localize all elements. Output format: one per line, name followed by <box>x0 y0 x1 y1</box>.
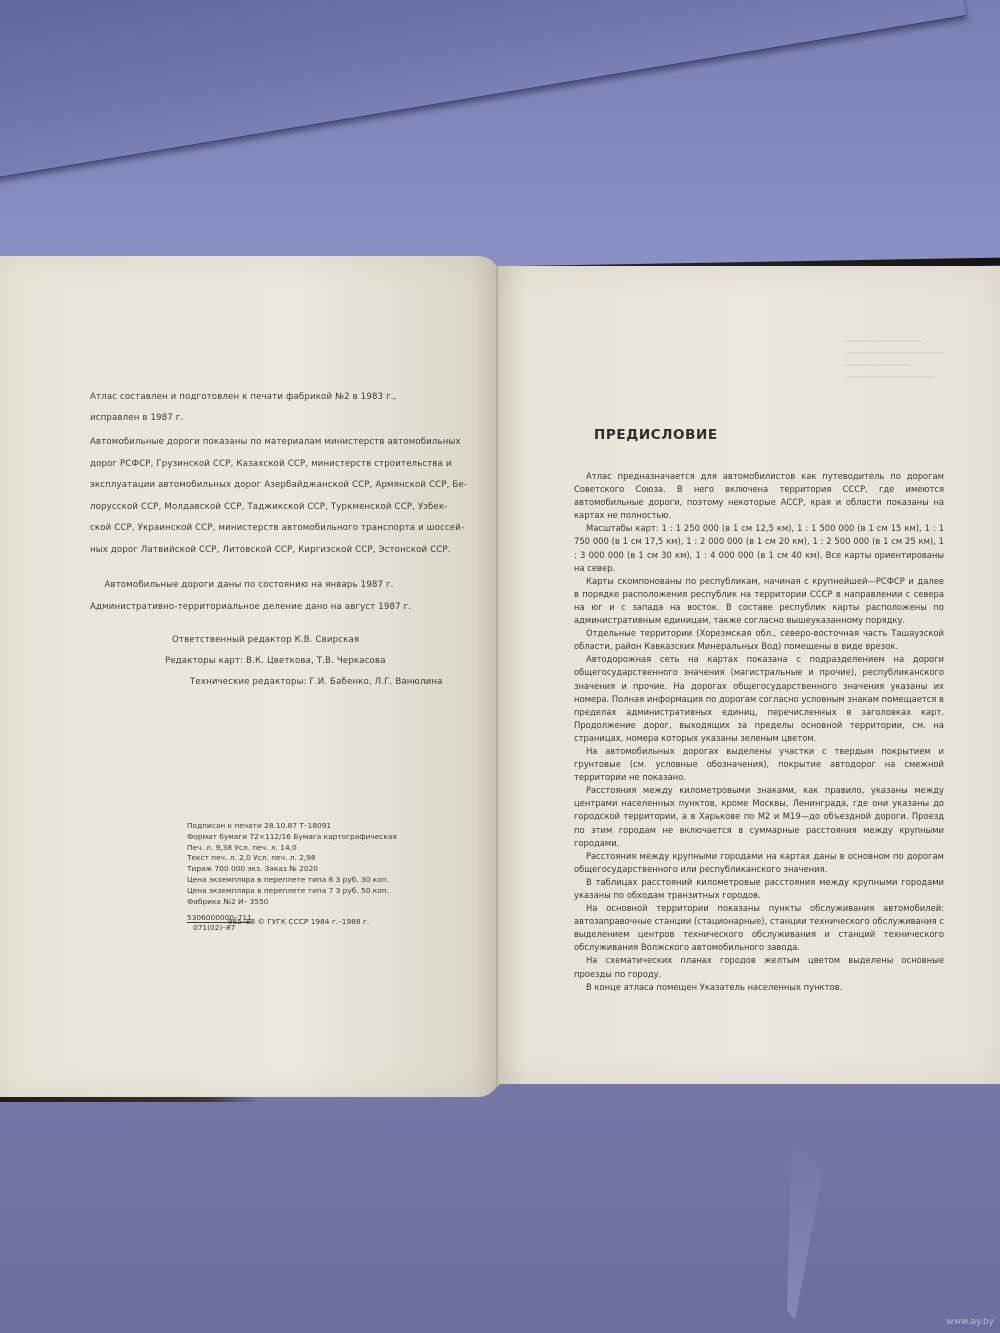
copyright-line: 965–88 © ГУГК СССР 1984 г.–1988 г. <box>228 917 369 926</box>
preface-paragraph: Расстояния между километровыми знаками, … <box>574 784 944 849</box>
map-editors: Редакторы карт: В.К. Цветкова, Т.В. Черк… <box>165 656 386 666</box>
preface-paragraph: Отдельные территории (Хорезмская обл., с… <box>574 627 944 653</box>
bleed-through-text <box>845 340 955 420</box>
imprint-line: Печ. л. 9,38 Усл. печ. л. 14,0 <box>187 843 397 854</box>
preface-paragraph: В таблицах расстояний километровые расст… <box>574 876 944 902</box>
imprint-line: Подписан к печати 28.10.87 Т–18091 <box>187 821 397 832</box>
imprint-line: Фабрика №2 И– 3550 <box>187 897 397 908</box>
preface-paragraph: На основной территории показаны пункты о… <box>574 902 944 954</box>
preface-paragraph: Автодорожная сеть на картах показана с п… <box>574 653 944 745</box>
revised-line: исправлен в 1987 г. <box>90 413 183 423</box>
imprint-line: Цена экземпляра в переплете типа 6 3 руб… <box>187 875 397 886</box>
preface-paragraph: Расстояния между крупными городами на ка… <box>574 850 944 876</box>
sources-line: Автомобильные дороги показаны по материа… <box>90 437 408 447</box>
preface-paragraph: Атлас предназначается для автомобилистов… <box>574 470 944 522</box>
imprint-line: Тираж 700 000 экз. Заказ № 2020 <box>187 864 397 875</box>
imprint-line: Текст печ. л. 2,0 Усл. печ. л. 2,98 <box>187 853 397 864</box>
preface-paragraph: На схематических планах городов желтым ц… <box>574 954 944 980</box>
imprint-block: Подписан к печати 28.10.87 Т–18091 Форма… <box>187 821 397 907</box>
imprint-line: Цена экземпляра в переплете типа 7 3 руб… <box>187 886 397 897</box>
sources-line: ской ССР, Украинской ССР, министерств ав… <box>90 523 408 533</box>
sources-line: эксплуатации автомобильных дорог Азербай… <box>90 480 408 490</box>
imprint-line: Формат бумаги 72×112/16 Бумага картограф… <box>187 832 397 843</box>
roads-state-line: Автомобильные дороги даны по состоянию н… <box>90 580 408 590</box>
watermark: www.ay.by <box>946 1317 994 1327</box>
chief-editor: Ответственный редактор К.В. Свирская <box>172 635 359 645</box>
sources-line: ных дорог Латвийской ССР, Литовской ССР,… <box>90 545 451 555</box>
page-title: ПРЕДИСЛОВИЕ <box>594 427 718 443</box>
technical-editors: Технические редакторы: Г.И. Бабенко, Л.Г… <box>190 677 443 687</box>
preface-paragraph: Карты скомпонованы по республикам, начин… <box>574 575 944 627</box>
preface-paragraph: В конце атласа помещен Указатель населен… <box>574 981 944 994</box>
book-gutter <box>496 266 499 1086</box>
admin-division-line: Административно-территориальное деление … <box>90 602 408 612</box>
preface-paragraph: На автомобильных дорогах выделены участк… <box>574 745 944 784</box>
preface-body: Атлас предназначается для автомобилистов… <box>574 470 944 994</box>
background-sheet <box>0 0 966 181</box>
surface-scratch <box>783 1130 823 1320</box>
catalog-code: 5306000000–711 071(02)–87 965–88 © ГУГК … <box>187 913 252 932</box>
sources-line: дорог РСФСР, Грузинской ССР, Казахской С… <box>90 459 408 469</box>
compiled-line: Атлас составлен и подготовлен к печати ф… <box>90 392 397 402</box>
preface-paragraph: Масштабы карт: 1 : 1 250 000 (в 1 см 12,… <box>574 522 944 574</box>
sources-line: лорусской ССР, Молдавской ССР, Таджикско… <box>90 502 408 512</box>
